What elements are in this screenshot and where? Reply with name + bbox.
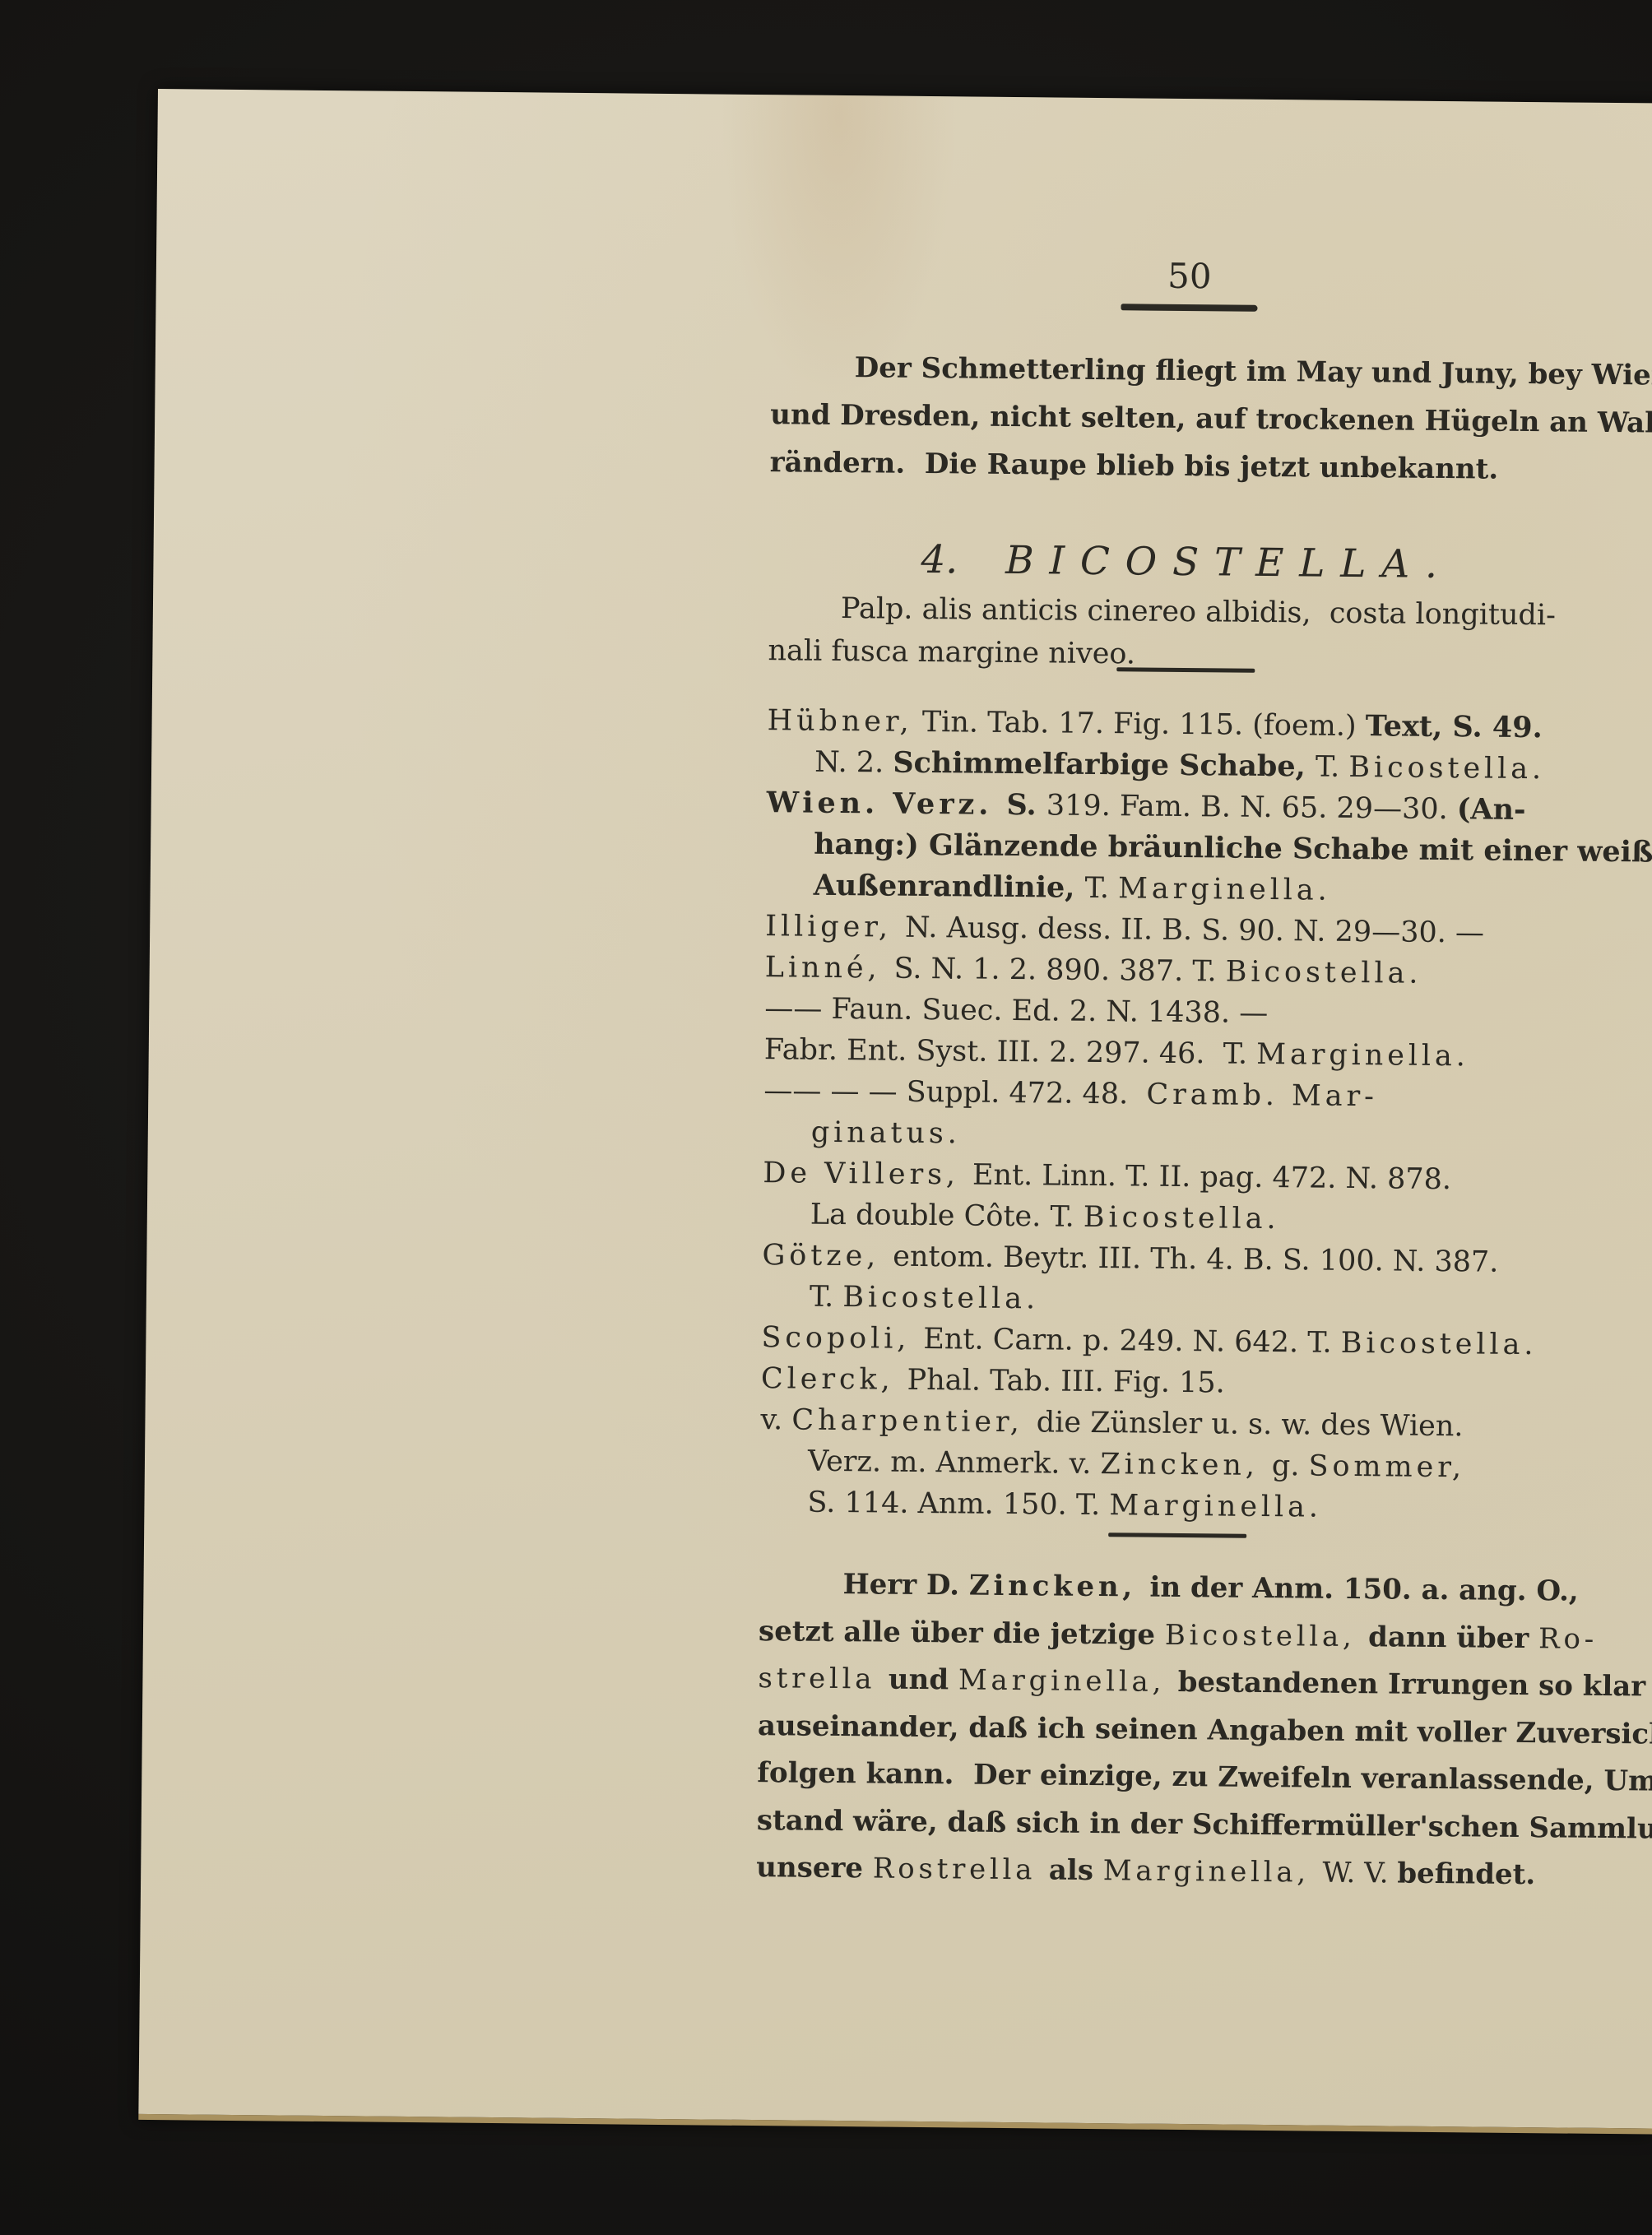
text-segment: dann über	[1368, 1621, 1538, 1655]
text-segment: Zincken,	[969, 1570, 1150, 1604]
text-segment: entom. Beytr. III. Th. 4. B. S. 100. N. …	[893, 1240, 1499, 1279]
text-segment: befindet.	[1397, 1857, 1535, 1892]
text-segment: Marginella,	[958, 1663, 1178, 1699]
text-segment: La double Côte.	[810, 1199, 1051, 1234]
separator-rule-bottom	[1108, 1533, 1246, 1538]
text-segment: T.	[1192, 955, 1226, 988]
text-segment: Fabr. Ent. Syst. III. 2. 297. 46.	[764, 1033, 1223, 1070]
text-line: strella und Marginella, bestandenen Irru…	[758, 1655, 1594, 1710]
text-line: S. 114. Anm. 150. T. Marginella.	[759, 1481, 1595, 1531]
text-segment: T.	[1084, 872, 1118, 905]
species-number: 4.	[921, 537, 958, 582]
text-segment: Rostrella	[873, 1852, 1049, 1886]
intro-paragraph: Der Schmetterling fliegt im May und Juny…	[769, 343, 1607, 494]
text-line: nali fusca margine niveo.	[768, 629, 1603, 680]
text-segment: Illiger,	[765, 910, 905, 944]
text-segment: Palp. alis anticis cinereo albidis, cost…	[841, 592, 1556, 632]
text-segment: —— Faun. Suec. Ed. 2. N. 1438. —	[764, 992, 1268, 1030]
text-segment: Marginella.	[1118, 872, 1331, 907]
text-segment: als	[1049, 1853, 1103, 1887]
text-segment: stand wäre, daß sich in der Schiffermüll…	[757, 1804, 1652, 1846]
text-segment: Marginella.	[1256, 1038, 1469, 1073]
text-segment: Marginella,	[1103, 1854, 1323, 1890]
text-segment: v.	[760, 1403, 791, 1436]
text-segment: Bicostella,	[1165, 1618, 1369, 1653]
text-segment: Bicostella.	[842, 1281, 1039, 1315]
species-name: BICOSTELLA.	[1005, 538, 1453, 587]
text-segment: Bicostella.	[1084, 1201, 1280, 1236]
species-heading: 4.BICOSTELLA.	[768, 537, 1604, 588]
text-segment: nali fusca margine niveo.	[768, 634, 1135, 670]
text-segment: Sommer,	[1308, 1450, 1465, 1485]
text-segment: Phal. Tab. III. Fig. 15.	[907, 1364, 1224, 1400]
text-line: rändern. Die Raupe blieb bis jetzt unbek…	[769, 438, 1606, 494]
text-segment: N. Ausg. dess. II. B. S. 90. N. 29—30. —	[905, 911, 1484, 950]
text-segment: Clerck,	[761, 1362, 907, 1397]
text-segment: Hübner,	[767, 704, 912, 739]
text-segment: Bicostella.	[1341, 1327, 1538, 1361]
text-line: und Dresden, nicht selten, auf trockenen…	[770, 391, 1607, 447]
text-segment: Herr D.	[842, 1568, 969, 1602]
text-segment: 319. Fam. B. N. 65. 29—30.	[1046, 789, 1457, 826]
text-segment: Bicostella.	[1348, 751, 1545, 786]
latin-diagnosis: Palp. alis anticis cinereo albidis, cost…	[768, 587, 1604, 680]
text-segment: S. N. 1. 2. 890. 387.	[893, 953, 1192, 988]
text-line: setzt alle über die jetzige Bicostella, …	[759, 1608, 1595, 1663]
text-segment: Wien. Verz.	[767, 786, 1007, 822]
text-segment: N. 2.	[814, 746, 893, 780]
text-segment: Marginella.	[1109, 1489, 1322, 1523]
text-segment: unsere	[756, 1851, 873, 1885]
text-segment: Linné,	[765, 951, 894, 985]
text-segment: Ent. Linn. T. II. pag. 472. N. 878.	[972, 1159, 1451, 1197]
text-segment: T.	[1316, 751, 1349, 784]
text-segment: Verz. m. Anmerk. v.	[808, 1445, 1101, 1481]
text-segment: Ent. Carn. p. 249. N. 642.	[923, 1323, 1307, 1359]
text-segment: und	[889, 1663, 958, 1697]
text-segment: Tin. Tab. 17. Fig. 115. (foem.)	[913, 706, 1366, 743]
scanned-book-spread: 50 Der Schmetterling fliegt im May und J…	[0, 0, 1652, 2235]
text-segment: S. 114. Anm. 150.	[807, 1486, 1076, 1522]
text-segment: Scopoli,	[761, 1321, 923, 1356]
text-segment: Der Schmetterling fliegt im May und Juny…	[855, 351, 1652, 392]
text-segment: Bicostella.	[1226, 956, 1422, 990]
page-number-rule	[1121, 304, 1257, 312]
text-segment: setzt alle über die jetzige	[759, 1615, 1165, 1652]
text-line: auseinander, daß ich seinen Angaben mit …	[758, 1703, 1594, 1758]
text-segment: Schimmelfarbige Schabe,	[893, 746, 1316, 784]
text-segment: Außenrandlinie,	[814, 869, 1085, 905]
text-line: Der Schmetterling fliegt im May und Juny…	[771, 343, 1608, 399]
page-number: 50	[772, 253, 1608, 300]
book-page: 50 Der Schmetterling fliegt im May und J…	[138, 89, 1652, 2135]
text-segment: und Dresden, nicht selten, auf trockenen…	[770, 398, 1652, 440]
text-segment: rändern. Die Raupe blieb bis jetzt unbek…	[769, 446, 1498, 485]
text-segment: strella	[758, 1662, 889, 1696]
text-segment: Zincken,	[1100, 1448, 1272, 1482]
text-segment: ginatus.	[811, 1116, 961, 1151]
text-segment: (An-	[1457, 792, 1526, 827]
text-segment: T.	[1307, 1326, 1341, 1359]
text-segment: hang:) Glänzende bräunliche Schabe mit e…	[814, 828, 1652, 869]
text-segment: Götze,	[762, 1239, 893, 1273]
text-segment: —— — — Suppl. 472. 48.	[763, 1074, 1146, 1111]
text-segment: T.	[1223, 1037, 1257, 1070]
page-text-block: 50 Der Schmetterling fliegt im May und J…	[773, 95, 1609, 103]
text-line: stand wäre, daß sich in der Schiffermüll…	[757, 1797, 1594, 1852]
text-segment: bestandenen Irrungen so klar	[1177, 1666, 1645, 1703]
text-segment: die Zünsler u. s. w. des Wien.	[1037, 1406, 1464, 1443]
text-segment: Text, S. 49.	[1366, 709, 1543, 744]
text-line: folgen kann. Der einzige, zu Zweifeln ve…	[757, 1750, 1594, 1805]
references-list: Hübner, Tin. Tab. 17. Fig. 115. (foem.) …	[759, 700, 1603, 1531]
text-segment: Charpentier,	[791, 1403, 1037, 1439]
text-segment: Cramb. Mar-	[1146, 1078, 1378, 1114]
text-segment: auseinander, daß ich seinen Angaben mit …	[758, 1709, 1652, 1751]
text-segment: W. V.	[1322, 1857, 1397, 1890]
text-segment: T.	[810, 1281, 843, 1314]
text-segment: T.	[1050, 1200, 1084, 1233]
text-segment: T.	[1076, 1489, 1110, 1522]
text-segment: De Villers,	[763, 1157, 972, 1191]
text-line: Herr D. Zincken, in der Anm. 150. a. ang…	[759, 1560, 1595, 1616]
text-segment: in der Anm. 150. a. ang. O.,	[1149, 1571, 1579, 1608]
text-segment: g.	[1272, 1449, 1309, 1482]
closing-paragraph: Herr D. Zincken, in der Anm. 150. a. ang…	[756, 1560, 1595, 1899]
text-line: unsere Rostrella als Marginella, W. V. b…	[756, 1844, 1593, 1899]
text-segment: folgen kann. Der einzige, zu Zweifeln ve…	[757, 1756, 1652, 1798]
text-segment: Ro-	[1538, 1622, 1598, 1656]
text-segment: S.	[1006, 788, 1046, 822]
